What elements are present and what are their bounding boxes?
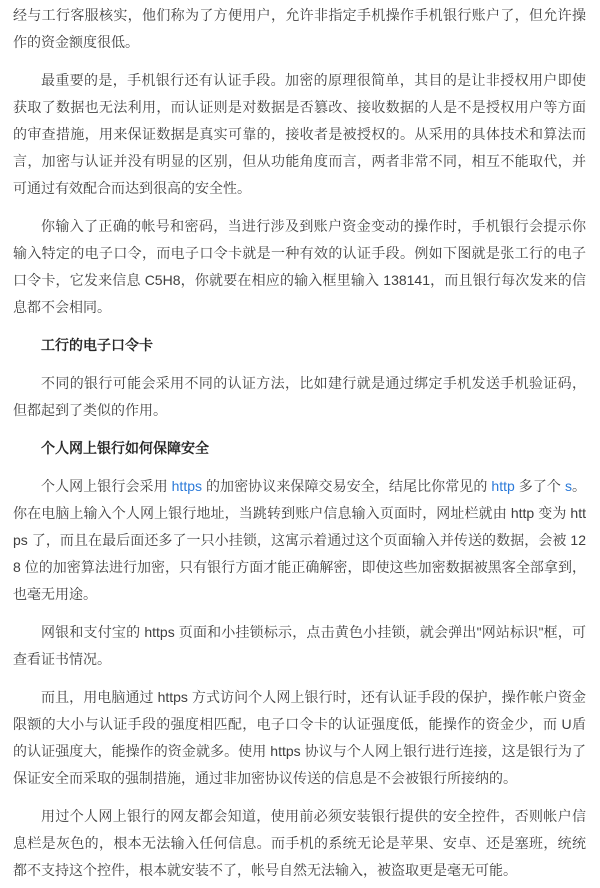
text-run: 。你在电脑上输入个人网上银行地址，当跳转到账户信息输入页面时，网址栏就由 htt… [13,478,586,602]
text-run: 个人网上银行如何保障安全 [41,440,209,456]
text-run: 个人网上银行会采用 [41,478,172,494]
section-heading: 个人网上银行如何保障安全 [13,435,586,462]
text-run: 你输入了正确的帐号和密码，当进行涉及到账户资金变动的操作时，手机银行会提示你输入… [13,218,586,315]
paragraph: 经与工行客服核实，他们称为了方便用户，允许非指定手机操作手机银行账户了，但允许操… [13,2,586,56]
text-run: 而且，用电脑通过 https 方式访问个人网上银行时，还有认证手段的保护，操作帐… [13,689,586,786]
inline-link[interactable]: s [565,478,572,494]
paragraph: 最重要的是，手机银行还有认证手段。加密的原理很简单，其目的是让非授权用户即使获取… [13,67,586,202]
text-run: 网银和支付宝的 https 页面和小挂锁标示，点击黄色小挂锁，就会弹出"网站标识… [13,624,586,667]
text-run: 经与工行客服核实，他们称为了方便用户，允许非指定手机操作手机银行账户了，但允许操… [13,7,586,50]
text-run: 多了个 [515,478,565,494]
text-run: 不同的银行可能会采用不同的认证方法，比如建行就是通过绑定手机发送手机验证码，但都… [13,375,586,418]
paragraph: 而且，用电脑通过 https 方式访问个人网上银行时，还有认证手段的保护，操作帐… [13,684,586,792]
paragraph: 个人网上银行会采用 https 的加密协议来保障交易安全，结尾比你常见的 htt… [13,473,586,608]
article: 经与工行客服核实，他们称为了方便用户，允许非指定手机操作手机银行账户了，但允许操… [13,2,586,884]
paragraph: 不同的银行可能会采用不同的认证方法，比如建行就是通过绑定手机发送手机验证码，但都… [13,370,586,424]
text-run: 最重要的是，手机银行还有认证手段。加密的原理很简单，其目的是让非授权用户即使获取… [13,72,586,196]
document-page: 经与工行客服核实，他们称为了方便用户，允许非指定手机操作手机银行账户了，但允许操… [0,0,600,888]
paragraph: 你输入了正确的帐号和密码，当进行涉及到账户资金变动的操作时，手机银行会提示你输入… [13,213,586,321]
text-run: 的加密协议来保障交易安全，结尾比你常见的 [202,478,491,494]
inline-link[interactable]: https [172,478,202,494]
section-heading: 工行的电子口令卡 [13,332,586,359]
text-run: 用过个人网上银行的网友都会知道，使用前必须安装银行提供的安全控件，否则帐户信息栏… [13,808,586,878]
inline-link[interactable]: http [491,478,514,494]
paragraph: 用过个人网上银行的网友都会知道，使用前必须安装银行提供的安全控件，否则帐户信息栏… [13,803,586,884]
paragraph: 网银和支付宝的 https 页面和小挂锁标示，点击黄色小挂锁，就会弹出"网站标识… [13,619,586,673]
text-run: 工行的电子口令卡 [41,337,153,353]
